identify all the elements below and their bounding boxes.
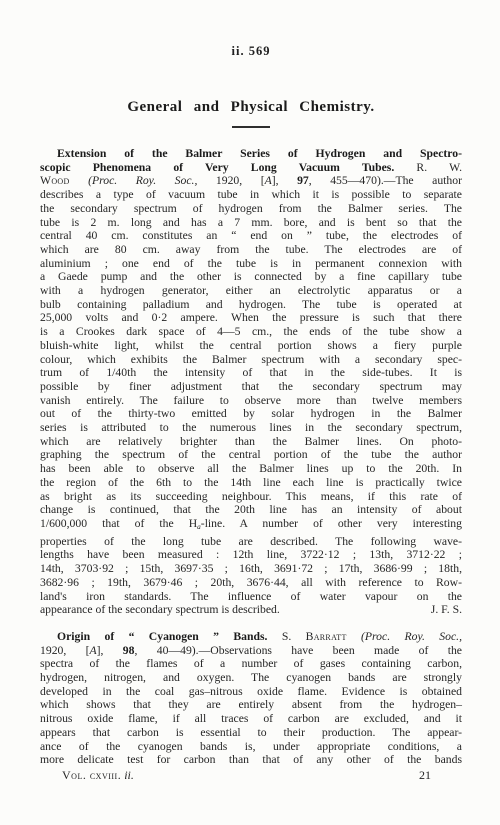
section-title: General and Physical Chemistry. bbox=[40, 99, 462, 116]
text-segment: vanish entirely. The failure to observe … bbox=[40, 394, 462, 407]
text-segment: central 40 cm. constitutes an “ end on ”… bbox=[40, 229, 462, 242]
text-segment: change is continued, that the 20th line … bbox=[40, 503, 462, 516]
text-segment: appearance of the secondary spectrum is … bbox=[40, 603, 280, 617]
section-divider-rule bbox=[232, 126, 270, 128]
text-segment: colour, which exhibits the Balmer spectr… bbox=[40, 353, 462, 366]
text-line: graphing the spectrum of the central por… bbox=[40, 448, 462, 462]
text-segment: 14th, 3703·92 ; 15th, 3697·35 ; 16th, 36… bbox=[40, 562, 462, 575]
text-segment: which shows that they are entirely absen… bbox=[40, 698, 462, 711]
text-line: trum of 1/40th the intensity of that in … bbox=[40, 366, 462, 380]
part-number: ii. bbox=[124, 768, 134, 782]
page-content: ii. 569 General and Physical Chemistry. … bbox=[40, 0, 462, 783]
text-segment bbox=[347, 630, 361, 643]
text-line: more delicate test for carbon than that … bbox=[40, 753, 462, 767]
text-line: Origin of “ Cyanogen ” Bands. S. Barratt… bbox=[40, 630, 462, 644]
text-segment: ], bbox=[97, 644, 123, 657]
text-segment: Extension of the Balmer Series of Hydrog… bbox=[57, 147, 462, 160]
journal-page: ii. 569 General and Physical Chemistry. … bbox=[0, 0, 500, 825]
text-segment: is a Crookes dark space of 4—5 cm., the … bbox=[40, 325, 462, 338]
text-segment: , 40—49).—Observations have been made of… bbox=[134, 644, 462, 657]
text-segment: tube is 2 m. long and has a 7 mm. bore, … bbox=[40, 216, 462, 229]
text-line: Extension of the Balmer Series of Hydrog… bbox=[40, 147, 462, 161]
text-line: 1920, [A], 98, 40—49).—Observations have… bbox=[40, 644, 462, 658]
text-line: the region of the 6th to the 14th line e… bbox=[40, 476, 462, 490]
text-segment: scopic Phenomena of Very Long Vacuum Tub… bbox=[40, 161, 394, 174]
text-line: series is attributed to the numerous lin… bbox=[40, 421, 462, 435]
author-name: Barratt bbox=[306, 630, 347, 643]
text-segment bbox=[70, 174, 89, 187]
text-line: which are relatively brighter than the B… bbox=[40, 435, 462, 449]
text-segment: a Gaede pump and the other is connected … bbox=[40, 270, 462, 283]
text-segment: hydrogen, nitrogen, and oxygen. The cyan… bbox=[40, 671, 462, 684]
text-segment: (Proc. Roy. Soc., bbox=[361, 630, 462, 643]
text-line: 3682·96 ; 19th, 3679·46 ; 20th, 3676·44,… bbox=[40, 576, 462, 590]
abstractor-initials: J. F. S. bbox=[423, 603, 462, 617]
text-line: nitrous oxide flame, if all traces of ca… bbox=[40, 712, 462, 726]
text-line: ance of the cyanogen bands is, under app… bbox=[40, 740, 462, 754]
text-segment: S. bbox=[267, 630, 305, 643]
text-segment: has been able to observe all the Balmer … bbox=[40, 462, 462, 475]
text-segment: aluminium ; one end of the tube is in pe… bbox=[40, 257, 462, 270]
text-line: land's iron standards. The influence of … bbox=[40, 590, 462, 604]
text-line: Wood (Proc. Roy. Soc., 1920, [A], 97, 45… bbox=[40, 174, 462, 188]
author-name: Wood bbox=[40, 174, 70, 187]
text-line: vanish entirely. The failure to observe … bbox=[40, 394, 462, 408]
text-segment: 97 bbox=[297, 174, 309, 187]
text-line: change is continued, that the 20th line … bbox=[40, 503, 462, 517]
text-segment: describes a type of vacuum tube in which… bbox=[40, 188, 462, 201]
text-line: hydrogen, nitrogen, and oxygen. The cyan… bbox=[40, 671, 462, 685]
text-segment: the region of the 6th to the 14th line e… bbox=[40, 476, 462, 489]
text-line: 25,000 volts and 0·2 ampere. When the pr… bbox=[40, 311, 462, 325]
text-segment: appears that carbon is essential to thei… bbox=[40, 726, 462, 739]
text-segment: nitrous oxide flame, if all traces of ca… bbox=[40, 712, 462, 725]
text-line: developed in the coal gas–nitrous oxide … bbox=[40, 685, 462, 699]
text-segment: properties of the long tube are describe… bbox=[40, 535, 462, 548]
text-line: is a Crookes dark space of 4—5 cm., the … bbox=[40, 325, 462, 339]
text-segment: , 455—470).—The author bbox=[309, 174, 462, 187]
text-line: scopic Phenomena of Very Long Vacuum Tub… bbox=[40, 161, 462, 175]
text-line: a Gaede pump and the other is connected … bbox=[40, 270, 462, 284]
text-line: aluminium ; one end of the tube is in pe… bbox=[40, 257, 462, 271]
text-segment: trum of 1/40th the intensity of that in … bbox=[40, 366, 462, 379]
text-segment: the secondary spectrum of hydrogen from … bbox=[40, 202, 462, 215]
text-segment: out of the thirty-two emitted by solar h… bbox=[40, 407, 462, 420]
text-line: colour, which exhibits the Balmer spectr… bbox=[40, 353, 462, 367]
signature-number: 21 bbox=[419, 768, 431, 783]
text-line: bluish-white light, whilst the central p… bbox=[40, 339, 462, 353]
text-segment: A bbox=[265, 174, 272, 187]
volume-label: Vol. cxviii. ii. bbox=[62, 768, 134, 783]
text-segment: appearance of the secondary spectrum is … bbox=[40, 603, 280, 616]
text-line: which shows that they are entirely absen… bbox=[40, 698, 462, 712]
text-segment: R. W. bbox=[394, 161, 462, 174]
text-line: properties of the long tube are describe… bbox=[40, 535, 462, 549]
text-segment: ], bbox=[272, 174, 297, 187]
text-segment: -line. A number of other very interestin… bbox=[201, 517, 462, 530]
text-segment: 25,000 volts and 0·2 ampere. When the pr… bbox=[40, 311, 462, 324]
text-segment: bulb containing palladium and hydrogen. … bbox=[40, 298, 462, 311]
text-segment: bluish-white light, whilst the central p… bbox=[40, 339, 462, 352]
text-segment: ance of the cyanogen bands is, under app… bbox=[40, 740, 462, 753]
text-segment: which are relatively brighter than the B… bbox=[40, 435, 462, 448]
text-segment: which are 80 cm. away from the tube. The… bbox=[40, 243, 462, 256]
text-segment: lengths have been measured : 12th line, … bbox=[40, 548, 462, 561]
text-line: has been able to observe all the Balmer … bbox=[40, 462, 462, 476]
page-footer: Vol. cxviii. ii. 21 bbox=[40, 768, 462, 783]
text-segment: A bbox=[90, 644, 97, 657]
text-line: which are 80 cm. away from the tube. The… bbox=[40, 243, 462, 257]
text-segment: with a hydrogen generator, either an ele… bbox=[40, 284, 462, 297]
volume-number: Vol. cxviii. bbox=[62, 768, 121, 782]
text-segment: as bright as its succeeding neighbour. T… bbox=[40, 490, 462, 503]
text-segment: 1/600,000 that of the H bbox=[40, 517, 197, 530]
text-segment: 1920, [ bbox=[40, 644, 90, 657]
text-segment: land's iron standards. The influence of … bbox=[40, 590, 462, 603]
text-segment: Origin of “ Cyanogen ” Bands. bbox=[57, 630, 267, 643]
text-segment: developed in the coal gas–nitrous oxide … bbox=[40, 685, 462, 698]
text-line: the secondary spectrum of hydrogen from … bbox=[40, 202, 462, 216]
text-line: out of the thirty-two emitted by solar h… bbox=[40, 407, 462, 421]
text-line: 1/600,000 that of the Ha-line. A number … bbox=[40, 517, 462, 535]
text-line: spectra of the flames of a number of gas… bbox=[40, 657, 462, 671]
text-line: describes a type of vacuum tube in which… bbox=[40, 188, 462, 202]
text-segment: 1920, [ bbox=[197, 174, 264, 187]
text-segment: graphing the spectrum of the central por… bbox=[40, 448, 462, 461]
text-segment: possible by finer adjustment that the se… bbox=[40, 380, 462, 393]
text-segment: series is attributed to the numerous lin… bbox=[40, 421, 462, 434]
text-line: lengths have been measured : 12th line, … bbox=[40, 548, 462, 562]
text-line: 14th, 3703·92 ; 15th, 3697·35 ; 16th, 36… bbox=[40, 562, 462, 576]
text-line: appears that carbon is essential to thei… bbox=[40, 726, 462, 740]
text-segment: (Proc. Roy. Soc., bbox=[88, 174, 197, 187]
text-line: as bright as its succeeding neighbour. T… bbox=[40, 490, 462, 504]
text-segment: spectra of the flames of a number of gas… bbox=[40, 657, 462, 670]
text-line: tube is 2 m. long and has a 7 mm. bore, … bbox=[40, 216, 462, 230]
text-line: bulb containing palladium and hydrogen. … bbox=[40, 298, 462, 312]
abstracts-body: Extension of the Balmer Series of Hydrog… bbox=[40, 147, 462, 767]
abstract-cyanogen-bands: Origin of “ Cyanogen ” Bands. S. Barratt… bbox=[40, 630, 462, 767]
text-line: with a hydrogen generator, either an ele… bbox=[40, 284, 462, 298]
text-line: appearance of the secondary spectrum is … bbox=[40, 603, 462, 617]
text-line: central 40 cm. constitutes an “ end on ”… bbox=[40, 229, 462, 243]
text-segment: 98 bbox=[123, 644, 135, 657]
page-folio: ii. 569 bbox=[40, 44, 462, 59]
text-segment: more delicate test for carbon than that … bbox=[40, 753, 462, 766]
text-segment: 3682·96 ; 19th, 3679·46 ; 20th, 3676·44,… bbox=[40, 576, 462, 589]
abstract-balmer-series: Extension of the Balmer Series of Hydrog… bbox=[40, 147, 462, 617]
text-line: possible by finer adjustment that the se… bbox=[40, 380, 462, 394]
